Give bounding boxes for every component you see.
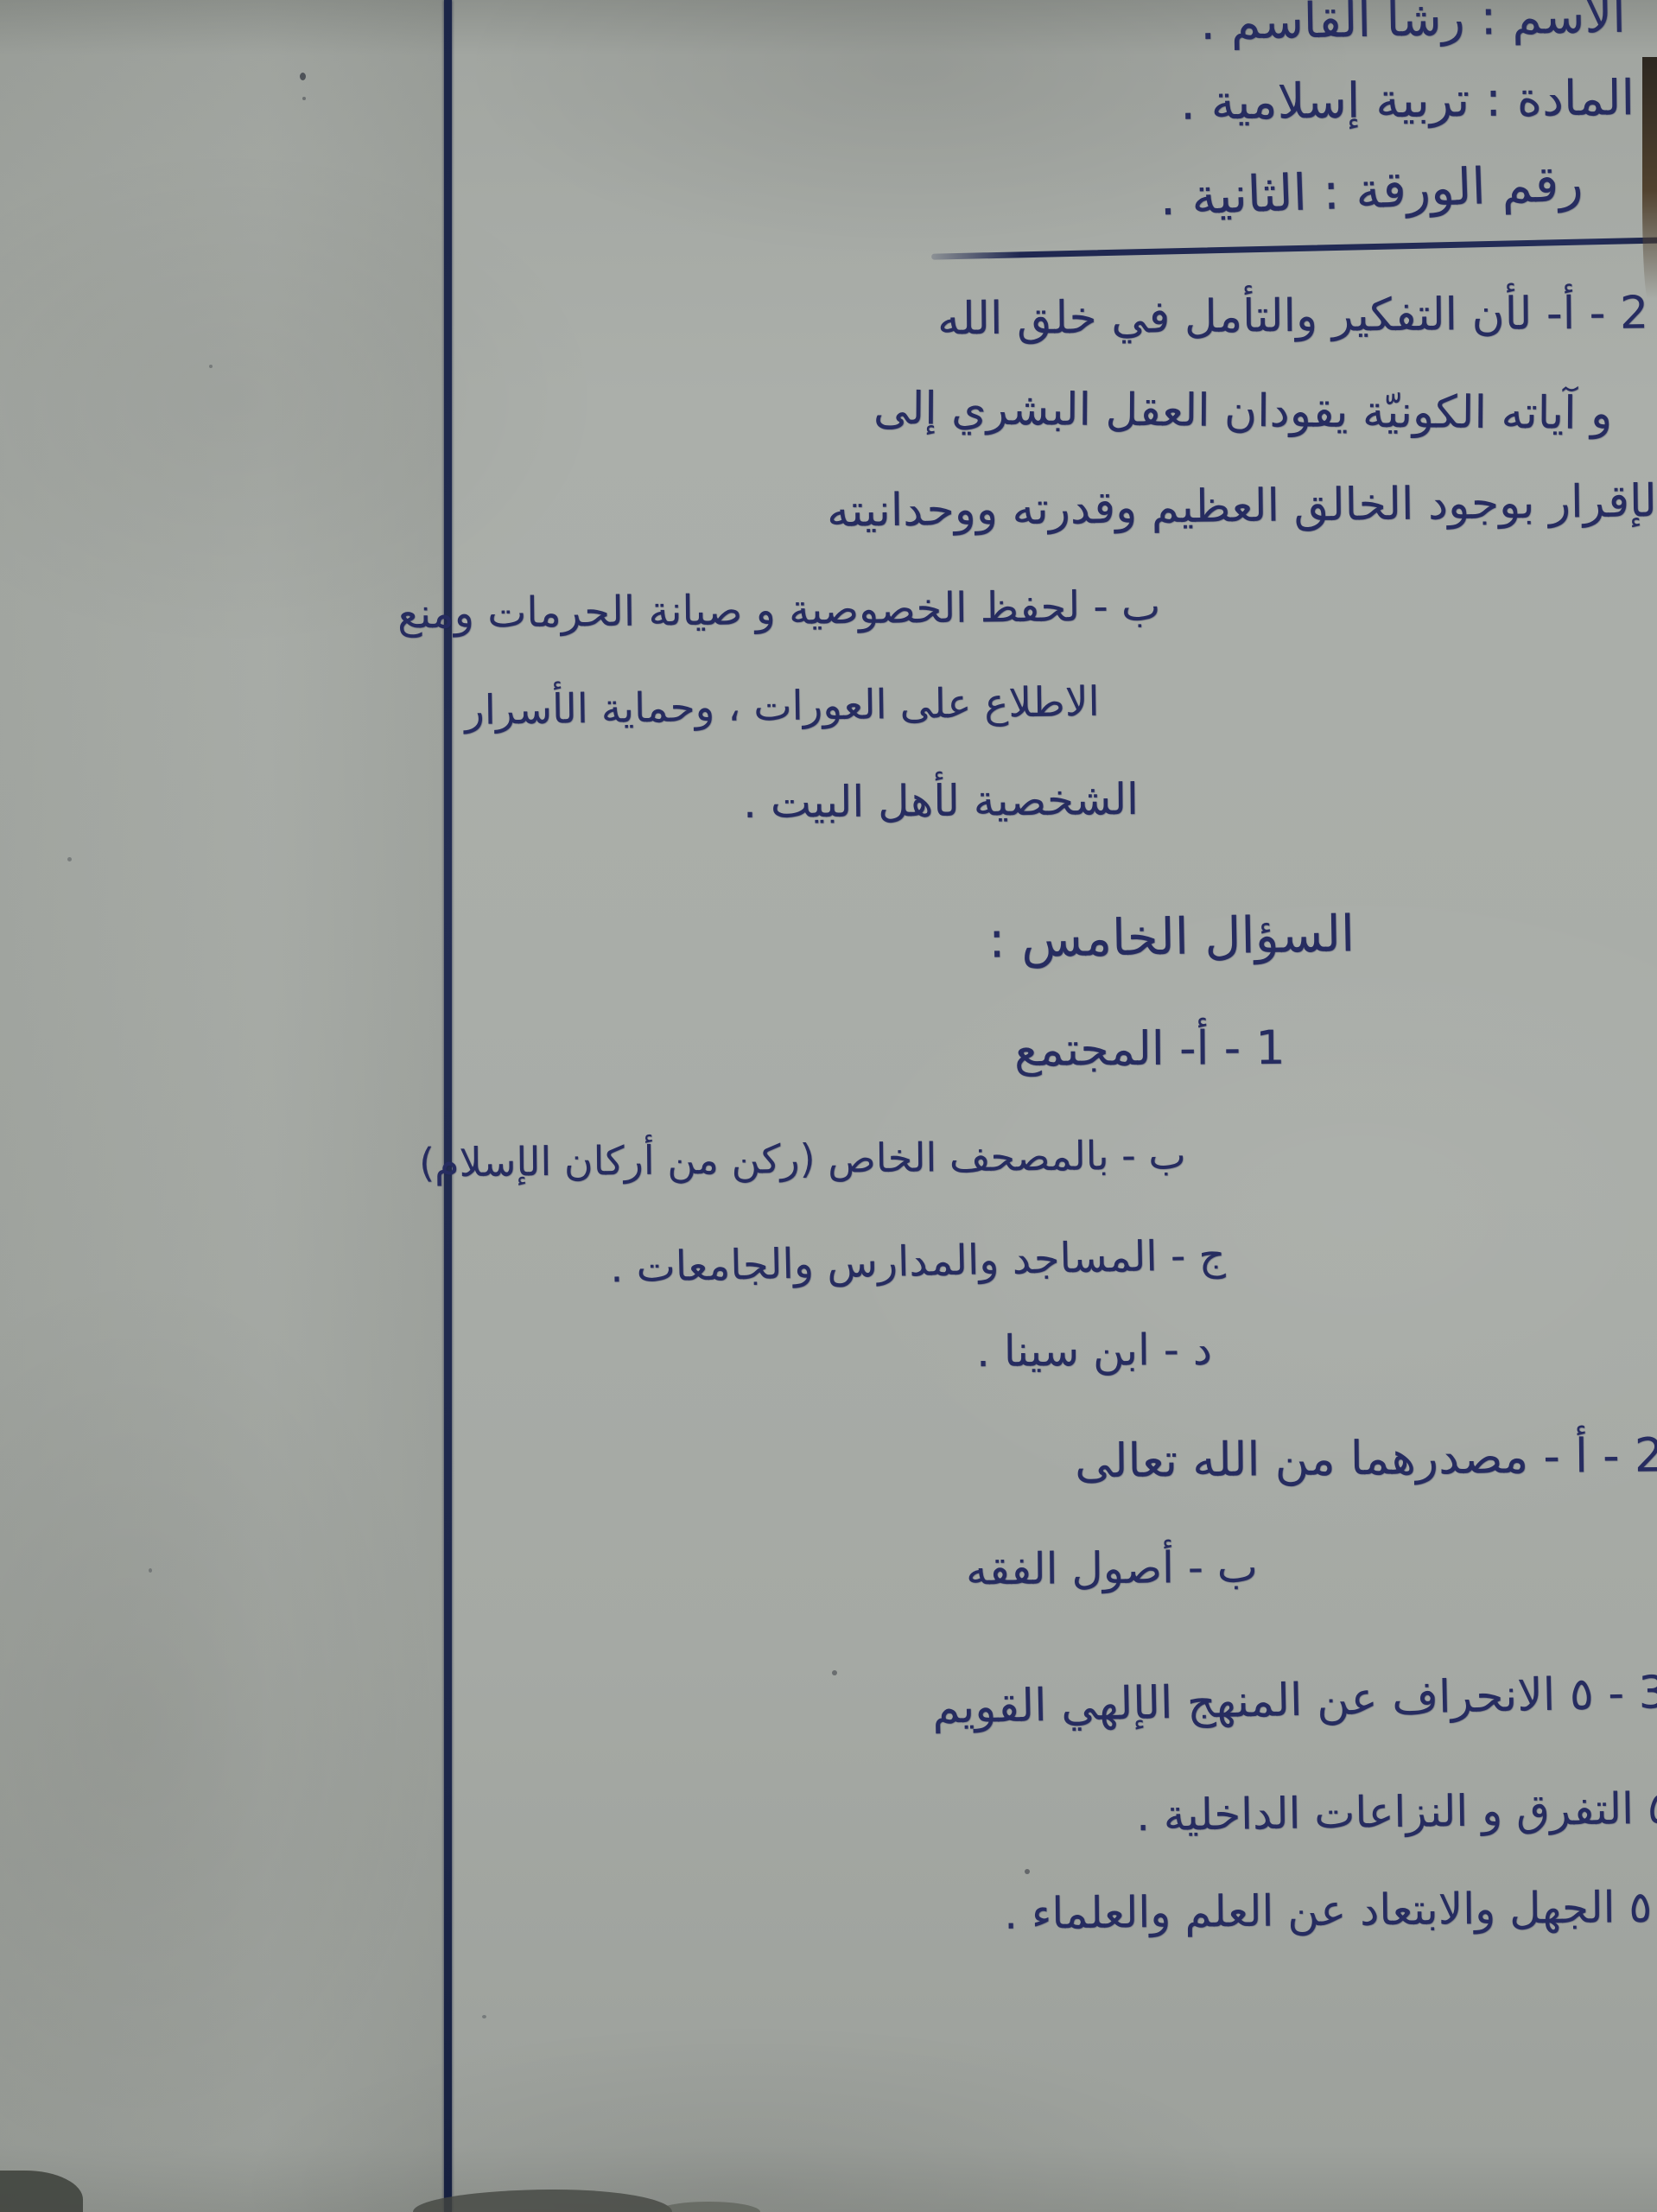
paper-speck xyxy=(209,365,213,368)
answer-line: ب - لحفظ الخصوصية و صيانة الحرمات ومنع xyxy=(397,582,1161,638)
margin-rule-line xyxy=(444,0,452,2212)
answer-line: الاطلاع على العورات ، وحماية الأسرار xyxy=(465,678,1100,734)
answer-line: الإقرار بوجود الخالق العظيم وقدرته ووحدا… xyxy=(826,475,1657,537)
answer-line: 2 - أ- لأن التفكير والتأمل في خلق الله xyxy=(937,287,1649,345)
paper-speck xyxy=(149,1568,152,1573)
scanned-answer-sheet: الاسم : رشا القاسم . المادة : تربية إسلا… xyxy=(0,0,1657,2212)
paper-speck xyxy=(302,97,306,100)
answer-line: 1 - أ- المجتمع xyxy=(1014,1020,1286,1077)
header-name-line: الاسم : رشا القاسم . xyxy=(1200,0,1627,51)
question-five-heading: السؤال الخامس : xyxy=(987,904,1355,969)
header-underline xyxy=(931,237,1657,259)
paper-speck xyxy=(832,1670,837,1675)
answer-line: 2 - أ - مصدرهما من الله تعالى xyxy=(1075,1427,1657,1488)
answer-line: ٥ الجهل والابتعاد عن العلم والعلماء . xyxy=(1004,1882,1653,1939)
answer-line: د - ابن سينا . xyxy=(976,1325,1212,1376)
answer-line: الشخصية لأهل البيت . xyxy=(743,774,1139,828)
answer-line: ب - أصول الفقه xyxy=(966,1542,1258,1595)
paper-speck xyxy=(1025,1869,1030,1874)
answer-line: 3 - ٥ الانحراف عن المنهج الإلهي القويم xyxy=(932,1667,1657,1734)
header-paper-number-line: رقم الورقة : الثانية . xyxy=(1159,153,1584,226)
page-left-margin xyxy=(0,0,444,2212)
answer-line: ب - بالمصحف الخاص (ركن من أركان الإسلام) xyxy=(419,1131,1186,1185)
paper-speck xyxy=(67,857,72,861)
answer-line: ٥ التفرق و النزاعات الداخلية . xyxy=(1136,1783,1657,1841)
bottom-smudge-small xyxy=(657,2202,760,2212)
scan-edge-artifact xyxy=(1642,57,1657,299)
answer-line: و آياته الكونيّة يقودان العقل البشري إلى xyxy=(873,383,1613,440)
paper-speck xyxy=(300,73,306,80)
paper-speck xyxy=(482,2015,486,2018)
answer-line: ج - المساجد والمدارس والجامعات . xyxy=(609,1231,1226,1293)
bottom-smudge xyxy=(413,2190,672,2212)
header-subject-line: المادة : تربية إسلامية . xyxy=(1180,70,1635,131)
